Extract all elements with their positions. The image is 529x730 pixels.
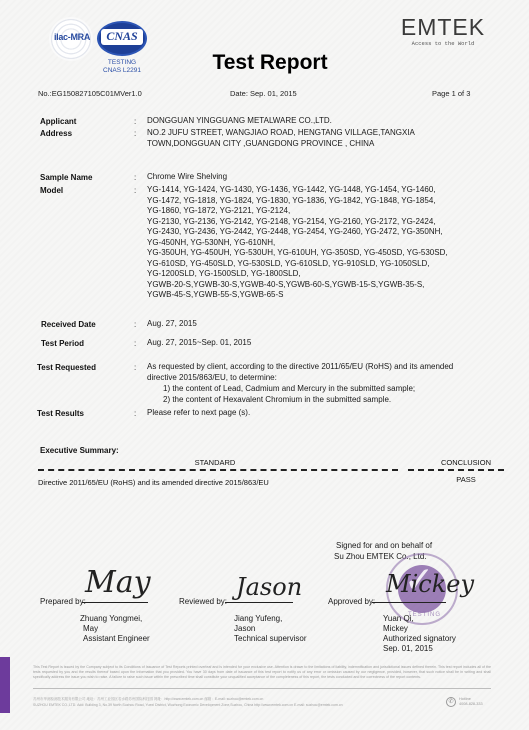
cnas-testing-label: TESTING [96, 59, 148, 67]
test-results-value: Please refer to next page (s). [147, 408, 512, 419]
cnas-id: CNAS L2291 [96, 67, 148, 75]
approved-name-line: Yuan Qi, [383, 614, 456, 624]
colon: : [134, 339, 136, 348]
reviewed-name: Jiang Yufeng, Jason Technical supervisor [234, 614, 306, 644]
test-requested-item: 1) the content of Lead, Cadmium and Merc… [163, 384, 415, 393]
model-list: YG-1414, YG-1424, YG-1430, YG-1436, YG-1… [147, 185, 512, 301]
emtek-logo: EMTEK [395, 14, 491, 41]
prepared-name-line: May [80, 624, 150, 634]
approved-title: Authorized signatory [383, 634, 456, 644]
address-line: TOWN,DONGGUAN CITY ,GUANGDONG PROVINCE ,… [147, 139, 512, 150]
address-line: NO.2 JUFU STREET, WANGJIAO ROAD, HENGTAN… [147, 128, 512, 139]
colon: : [134, 129, 136, 138]
approved-date: Sep. 01, 2015 [383, 644, 456, 654]
model-line: YG-1414, YG-1424, YG-1430, YG-1436, YG-1… [147, 185, 512, 196]
model-line: YG-450NH, YG-530NH, YG-610NH, [147, 238, 512, 249]
reviewed-signature-line [225, 602, 293, 603]
hotline: Hotline 4008-828-333 [459, 697, 483, 707]
prepared-title: Assistant Engineer [80, 634, 150, 644]
reviewed-title: Technical supervisor [234, 634, 306, 644]
model-line: YG-2430, YG-2436, YG-2442, YG-2448, YG-2… [147, 227, 512, 238]
test-requested-line: As requested by client, according to the… [147, 362, 512, 373]
page-number: Page 1 of 3 [432, 89, 470, 98]
reviewed-name-line: Jiang Yufeng, [234, 614, 306, 624]
colon: : [134, 320, 136, 329]
approved-name-line: Mickey [383, 624, 456, 634]
test-requested-item: 2) the content of Hexavalent Chromium in… [163, 395, 391, 404]
test-period-label: Test Period [41, 339, 84, 348]
summary-standard-cell: Directive 2011/65/EU (RoHS) and its amen… [38, 478, 269, 487]
cnas-logo-text: CNAS [97, 29, 147, 44]
test-period-value: Aug. 27, 2015~Sep. 01, 2015 [147, 338, 512, 349]
footer-disclaimer: This Test Report is issued by the Compan… [33, 665, 491, 680]
model-line: YG-1200SLD, YG-1500SLD, YG-1800SLD, [147, 269, 512, 280]
test-report-page: ilac-MRA CNAS TESTING CNAS L2291 EMTEK A… [0, 0, 529, 730]
colon: : [134, 117, 136, 126]
conclusion-divider [408, 469, 504, 471]
footer-divider [33, 688, 491, 689]
standard-divider [38, 469, 398, 471]
received-date-label: Received Date [41, 320, 96, 329]
prepared-signature: May [85, 568, 151, 598]
phone-icon: ✆ [446, 697, 456, 707]
signed-for-line: Signed for and on behalf of [336, 541, 432, 551]
reviewed-name-line: Jason [234, 624, 306, 634]
reviewed-by-label: Reviewed by: [179, 597, 227, 607]
report-date: Date: Sep. 01, 2015 [230, 89, 297, 98]
page-title: Test Report [160, 51, 380, 75]
reviewed-signature: Jason [236, 575, 302, 599]
sample-name-label: Sample Name [40, 173, 92, 182]
standard-column-header: STANDARD [160, 458, 270, 467]
model-line: YG-610SD, YG-450SLD, YG-530SLD, YG-610SL… [147, 259, 512, 270]
executive-summary-title: Executive Summary: [40, 446, 119, 455]
received-date-value: Aug. 27, 2015 [147, 319, 512, 330]
hotline-number: 4008-828-333 [459, 702, 483, 707]
model-line: YG-1472, YG-1818, YG-1824, YG-1830, YG-1… [147, 196, 512, 207]
ilac-mra-logo-text: ilac-MRA [49, 32, 95, 42]
colon: : [134, 363, 136, 372]
conclusion-column-header: CONCLUSION [418, 458, 514, 467]
prepared-signature-line [82, 602, 148, 603]
model-line: YGWB-45-S,YGWB-55-S,YGWB-65-S [147, 290, 512, 301]
prepared-name: Zhuang Yongmei, May Assistant Engineer [80, 614, 150, 644]
summary-conclusion-cell: PASS [418, 475, 514, 484]
colon: : [134, 173, 136, 182]
colon: : [134, 409, 136, 418]
footer-address-cn: 苏州市华测检测技术服务有限公司 地址：苏州工业园区若水路苏州国际科技园 网址：h… [33, 697, 263, 702]
sample-name-value: Chrome Wire Shelving [147, 172, 512, 183]
model-line: YG-2130, YG-2136, YG-2142, YG-2148, YG-2… [147, 217, 512, 228]
prepared-name-line: Zhuang Yongmei, [80, 614, 150, 624]
cnas-accreditation: TESTING CNAS L2291 [96, 59, 148, 75]
address-value: NO.2 JUFU STREET, WANGJIAO ROAD, HENGTAN… [147, 128, 512, 149]
footer-accent-bar [0, 657, 10, 713]
report-number: No.:EG150827105C01MVer1.0 [38, 89, 142, 98]
model-line: YG-1860, YG-1872, YG-2121, YG-2124, [147, 206, 512, 217]
footer-address-en: SUZHOU EMTEK CO.,LTD. Add: Building 3, N… [33, 703, 343, 707]
test-requested-line: directive 2015/863/EU, to determine: [147, 373, 512, 384]
applicant-value: DONGGUAN YINGGUANG METALWARE CO.,LTD. [147, 116, 512, 127]
address-label: Address [40, 129, 72, 138]
applicant-label: Applicant [40, 117, 76, 126]
test-requested-label: Test Requested [37, 363, 96, 372]
approved-name: Yuan Qi, Mickey Authorized signatory Sep… [383, 614, 456, 654]
emtek-tagline: Access to the World [395, 40, 491, 47]
colon: : [134, 186, 136, 195]
approved-by-label: Approved by: [328, 597, 375, 607]
model-label: Model [40, 186, 63, 195]
model-line: YG-350UH, YG-450UH, YG-530UH, YG-610UH, … [147, 248, 512, 259]
prepared-by-label: Prepared by: [40, 597, 86, 607]
test-results-label: Test Results [37, 409, 84, 418]
approved-signature: Mickey [386, 572, 474, 596]
test-requested-value: As requested by client, according to the… [147, 362, 512, 383]
approved-signature-line [372, 602, 446, 603]
model-line: YGWB-20-S,YGWB-30-S,YGWB-40-S,YGWB-60-S,… [147, 280, 512, 291]
